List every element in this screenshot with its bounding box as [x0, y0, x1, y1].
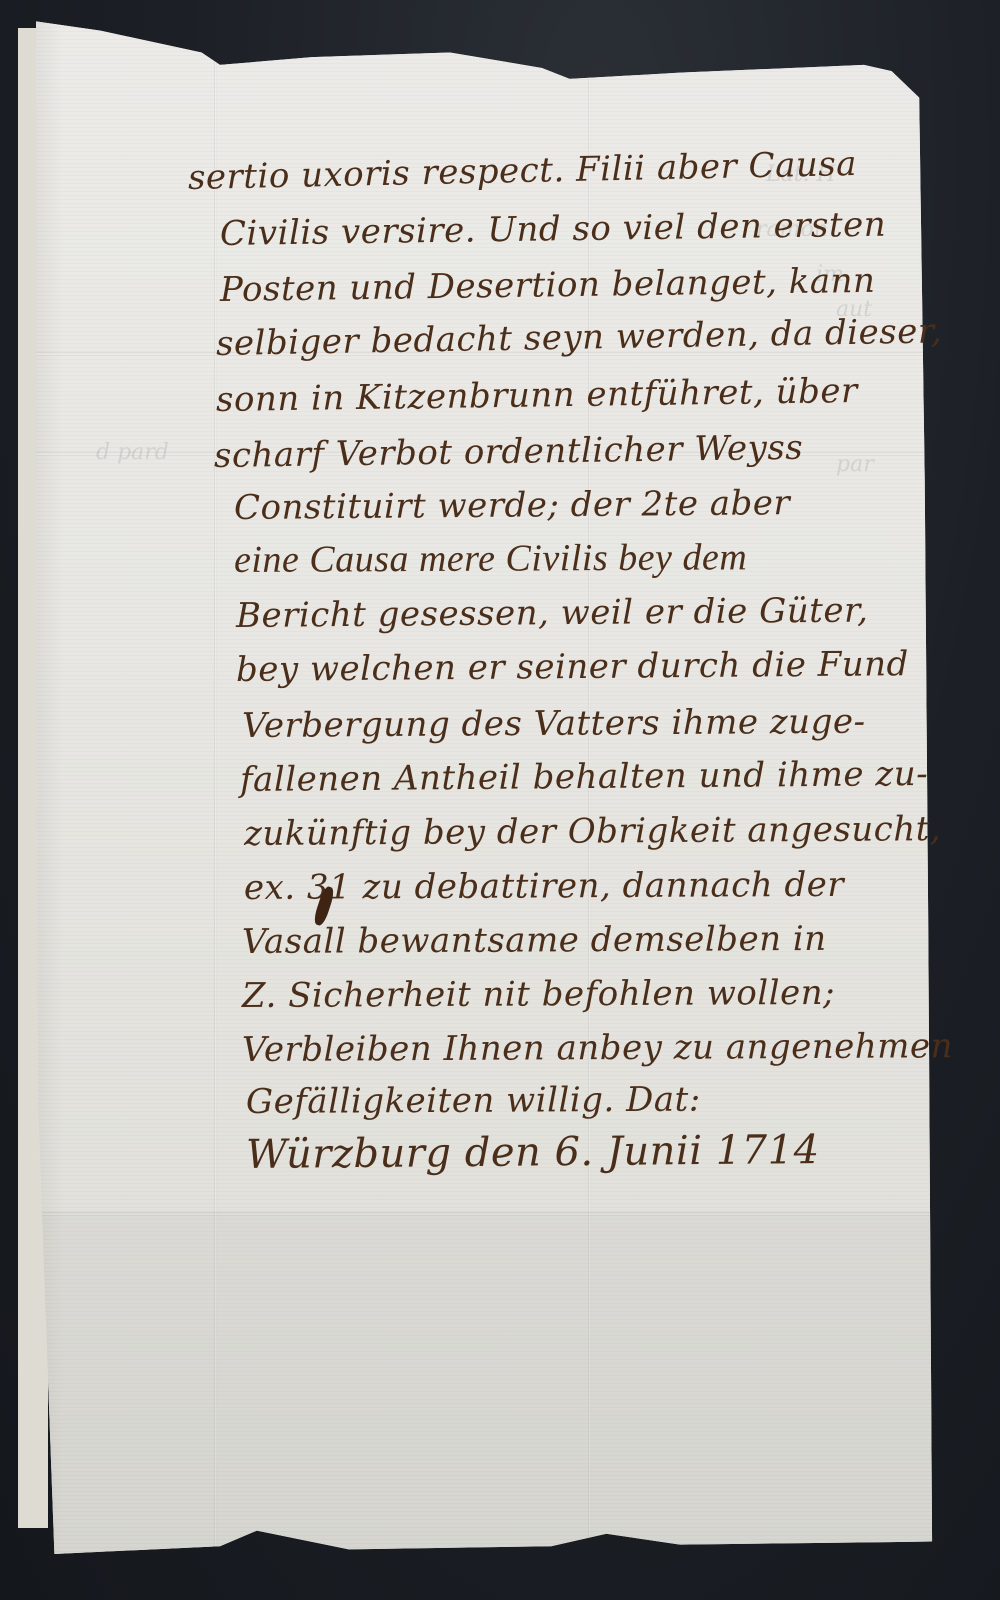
letter-line-15: Vasall bewantsame demselben in [242, 919, 827, 962]
letter-line-6: scharf Verbot ordentlicher Weyss [214, 428, 804, 476]
letter-line-14: ex. 31 zu debattiren, dannach der [244, 865, 844, 908]
letter-line-12: fallenen Antheil behalten und ihme zu- [240, 754, 928, 800]
letter-line-17: Verbleiben Ihnen anbey zu angenehmen [242, 1026, 953, 1070]
letter-line-16: Z. Sicherheit nit befohlen wollen; [242, 973, 835, 1016]
letter-line-7: Constituirt werde; der 2te aber [234, 483, 791, 528]
letter-line-9: Bericht gesessen, weil er die Güter, [236, 590, 869, 636]
letter-line-11: Verbergung des Vatters ihme zuge- [242, 702, 866, 746]
letter-line-18: Gefälligkeiten willig. Dat: [246, 1080, 701, 1122]
letter-line-13: zukünftig bey der Obrigkeit angesucht, [244, 809, 941, 854]
lower-panel-shade [36, 1212, 956, 1568]
document-photo: Lat. H ramon im aut d pard par sertio ux… [0, 0, 1000, 1600]
letter-line-10: bey welchen er seiner durch die Fund [236, 644, 909, 690]
letter-date-line: Würzburg den 6. Junii 1714 [246, 1127, 820, 1178]
bleed-through-text: par [836, 452, 874, 477]
letter-line-8: eine Causa mere Civilis bey dem [234, 535, 747, 582]
bleed-through-text: d pard [96, 440, 169, 465]
